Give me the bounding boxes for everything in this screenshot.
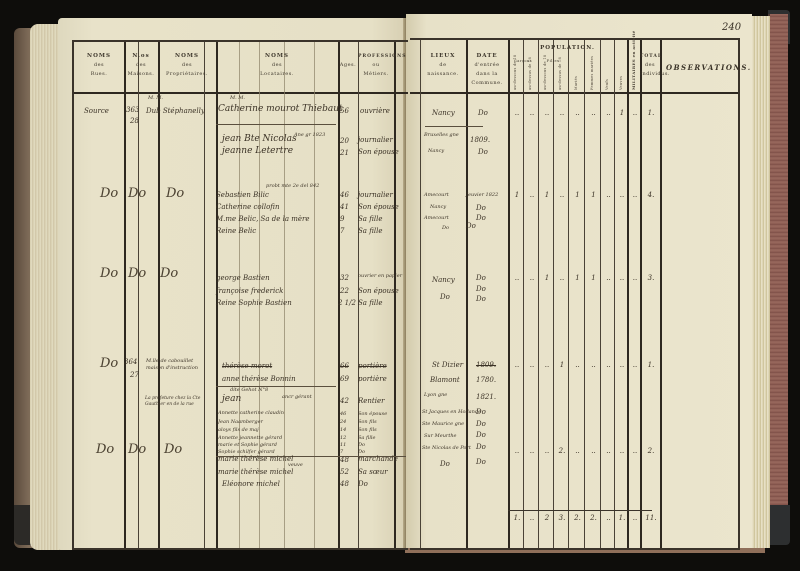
- header-line: DATE: [466, 52, 508, 61]
- locataire-name: M.me Belic, Sa de la mère: [216, 215, 309, 223]
- locataire-profession: Son épouse: [358, 287, 399, 295]
- maison-number: 364: [124, 358, 137, 366]
- header-maries: Mariés: [574, 62, 578, 90]
- col-divider: [158, 42, 160, 548]
- lieu-naissance: Do: [440, 293, 450, 301]
- header-observations: OBSERVATIONS.: [666, 63, 752, 72]
- count-cell: ..: [555, 191, 569, 199]
- locataire-name: jean: [222, 394, 241, 404]
- col-divider: [314, 42, 315, 548]
- count-cell: 1: [570, 274, 585, 282]
- locataire-age: 32: [340, 274, 349, 282]
- locataire-name: Sebastien Bilic: [216, 191, 269, 199]
- header-locataires: NOMS des Locataires.: [216, 52, 338, 79]
- count-cell: ..: [540, 109, 554, 117]
- count-cell: ..: [586, 109, 601, 117]
- proprietaire-ditto: Do: [166, 186, 184, 201]
- date-entree: 1821.: [476, 393, 496, 401]
- maison-ditto: Do: [128, 186, 146, 201]
- entry-underline: [216, 124, 336, 125]
- total-cell: 3.: [642, 274, 660, 282]
- locataire-age: 7: [340, 449, 343, 455]
- lieu-naissance: Amecourt: [424, 215, 449, 221]
- count-cell: ..: [555, 109, 569, 117]
- locataire-age: 48: [340, 456, 349, 464]
- locataire-profession: portière: [358, 375, 387, 383]
- header-line: des: [640, 61, 660, 70]
- total-count-cell: 2.: [570, 514, 585, 522]
- date-entree: 1780.: [476, 376, 496, 384]
- rue-ditto: Do: [100, 186, 118, 201]
- header-line: des: [216, 61, 338, 70]
- locataire-profession: Do: [358, 442, 365, 448]
- header-rues: NOMS des Rues.: [74, 52, 124, 79]
- locataire-name: Annette jeannette gérard: [218, 435, 282, 441]
- count-cell: ..: [616, 447, 628, 455]
- locataire-name-struck: thérèse morot: [222, 362, 272, 370]
- locataire-profession: ouvrière: [360, 107, 390, 115]
- lieu-naissance: Ste Nicolas de Port: [422, 445, 471, 451]
- locataire-name: anne thérèse Bonnin: [222, 375, 296, 383]
- header-line: LIEUX: [420, 52, 466, 61]
- header-total: TOTAL des Individus.: [640, 52, 660, 79]
- locataire-profession: Son épouse: [358, 203, 399, 211]
- count-cell: ..: [570, 109, 585, 117]
- ledger-book: 240 NOMS des Rues. N.os des Maisons. NOM…: [0, 0, 800, 571]
- header-ages: Ages.: [338, 61, 358, 70]
- date-entree: Do: [478, 148, 488, 156]
- maison-ditto: Do: [128, 442, 146, 457]
- count-cell: ..: [602, 361, 615, 369]
- locataire-extra: ancr gérant: [282, 394, 312, 400]
- count-cell: ..: [525, 191, 539, 199]
- date-entree: Do: [476, 285, 486, 293]
- total-count-cell: 1.: [616, 514, 628, 522]
- locataire-name: marie et Sophie gérard: [218, 442, 277, 448]
- total-count-cell: ..: [629, 514, 641, 522]
- date-entree: Do: [476, 431, 486, 439]
- totals-rule: [508, 510, 652, 511]
- locataire-age: 66: [340, 362, 349, 370]
- locataire-profession: Rentier: [358, 397, 384, 405]
- locataire-age: 21: [340, 149, 349, 157]
- header-filles-under: au-dessous de 18: [543, 66, 547, 90]
- date-entree: Do: [476, 408, 486, 416]
- count-cell: ..: [629, 361, 641, 369]
- total-cell: 1.: [642, 109, 660, 117]
- lieu-naissance: Nancy: [430, 204, 446, 210]
- lieu-naissance: Nancy: [432, 109, 455, 117]
- locataire-name: Reine Sophie Bastien: [216, 299, 292, 307]
- count-cell: 1: [586, 274, 601, 282]
- locataire-name: aloys fils de maj: [218, 427, 259, 433]
- header-veufs: Veufs: [605, 62, 609, 90]
- date-entree: 1809.: [476, 361, 496, 369]
- right-cover: [768, 14, 788, 544]
- header-maisons: N.os des Maisons.: [124, 52, 158, 79]
- mm-label: M. M.: [148, 95, 163, 101]
- locataire-profession: Sa sœur: [358, 468, 388, 476]
- count-cell: ..: [616, 361, 628, 369]
- lieu-naissance: Lyon gne: [424, 392, 447, 398]
- locataire-profession: Sa fille: [358, 299, 382, 307]
- lieu-naissance: St Jacques en Hollande: [422, 409, 481, 415]
- count-cell: ..: [570, 361, 585, 369]
- locataire-name: marie thérèse michel: [218, 455, 293, 463]
- locataire-name: Eléonore michel: [222, 480, 280, 488]
- locataire-name: Reine Belic: [216, 227, 256, 235]
- count-cell: 1: [510, 191, 524, 199]
- total-count-cell: 2: [540, 514, 554, 522]
- lieu-naissance: Do: [440, 460, 450, 468]
- maison-number: 363: [126, 106, 139, 114]
- count-cell: 1: [586, 191, 601, 199]
- count-cell: ..: [629, 274, 641, 282]
- header-line: NOMS: [74, 52, 124, 61]
- count-cell: ..: [555, 274, 569, 282]
- count-cell: 1: [616, 109, 628, 117]
- count-cell: ..: [602, 109, 615, 117]
- header-line: dans la Commune.: [466, 70, 508, 88]
- locataire-age: 12: [340, 435, 346, 441]
- total-count-cell: ..: [602, 514, 615, 522]
- locataire-profession: ouvrier en papier: [358, 273, 402, 279]
- locataire-age: 2 1/2: [338, 299, 356, 307]
- header-line: Rues.: [74, 70, 124, 79]
- locataire-profession: Son épouse: [358, 411, 387, 417]
- header-line: NOMS: [216, 52, 338, 61]
- locataire-profession: Sa fille: [358, 435, 376, 441]
- date-entree: Do: [476, 443, 486, 451]
- count-cell: ..: [602, 274, 615, 282]
- date-entree: Jeuvier 1822: [466, 192, 498, 198]
- locataire-profession: Sa fille: [358, 227, 382, 235]
- locataire-profession: journalier: [358, 191, 393, 199]
- maison-sub: 28: [130, 117, 139, 125]
- date-entree: Do: [476, 420, 486, 428]
- proprietaire-note: La préfeture chez la Cte Gauthier en de …: [145, 396, 210, 408]
- count-cell: ..: [510, 361, 524, 369]
- header-veuves: Veuves: [619, 62, 623, 90]
- locataire-age: 56: [340, 107, 349, 115]
- locataire-profession: Son fils: [358, 427, 377, 433]
- count-cell: 1: [540, 191, 554, 199]
- count-cell: ..: [540, 361, 554, 369]
- proprietaire-name: Dub Stéphanelly: [146, 107, 205, 115]
- locataire-profession: Do: [358, 480, 368, 488]
- count-cell: ..: [570, 447, 585, 455]
- header-garcons-over: au-dessus de 18: [528, 66, 532, 90]
- lieu-naissance: Bruxelles gne: [424, 132, 459, 138]
- locataire-note: probt mte 2e del 842: [266, 183, 319, 189]
- count-cell: ..: [602, 447, 615, 455]
- count-cell: ..: [525, 274, 539, 282]
- count-cell: ..: [510, 447, 524, 455]
- total-count-cell: 1.: [510, 514, 524, 522]
- count-cell: ..: [586, 447, 601, 455]
- locataire-profession: Son épouse: [358, 148, 399, 156]
- rue-ditto: Do: [100, 356, 118, 371]
- header-garcons-under: au-dessous de 18: [513, 66, 517, 90]
- locataire-name: Catherine mourot Thiebaut: [218, 104, 343, 114]
- col-divider: [204, 42, 205, 548]
- locataire-name: george Bastien: [216, 274, 270, 282]
- col-divider: [466, 40, 468, 548]
- date-entree: Do: [466, 222, 476, 230]
- lieu-naissance: Do: [442, 225, 449, 231]
- lieu-naissance: Nancy: [432, 276, 455, 284]
- count-cell: ..: [616, 191, 628, 199]
- locataire-age: 7: [340, 227, 344, 235]
- date-entree: Do: [476, 274, 486, 282]
- locataire-age: 69: [340, 375, 349, 383]
- header-line: Individus.: [640, 70, 660, 79]
- folio-number: 240: [722, 22, 741, 33]
- count-cell: ..: [602, 191, 615, 199]
- header-line: de: [420, 61, 466, 70]
- date-entree: Do: [478, 109, 488, 117]
- count-cell: ..: [629, 447, 641, 455]
- locataire-age: 22: [340, 287, 349, 295]
- header-filles-over: au-dessus de 18: [558, 66, 562, 90]
- header-line: Métiers.: [358, 70, 394, 79]
- locataire-profession: Sa fille: [358, 215, 382, 223]
- header-line: des: [124, 61, 158, 70]
- col-divider: [124, 42, 126, 548]
- col-divider: [394, 42, 396, 548]
- grand-total-cell: 11.: [642, 514, 660, 522]
- header-line: Propriétaires.: [158, 70, 216, 79]
- rue-ditto: Do: [96, 442, 114, 457]
- locataire-note: Ane gr 1823: [294, 132, 325, 138]
- locataire-age: 48: [340, 480, 349, 488]
- locataire-name: jeanne Letertre: [222, 146, 293, 156]
- count-cell: ..: [525, 447, 539, 455]
- locataire-age: 9: [340, 215, 344, 223]
- locataire-name: Jean Naamberger: [218, 419, 263, 425]
- locataire-profession: Son fils: [358, 419, 377, 425]
- header-line: Maisons.: [124, 70, 158, 79]
- locataire-profession: journalier: [358, 136, 393, 144]
- locataire-name: Annette catherine claudin: [218, 410, 284, 416]
- count-cell: 1: [540, 274, 554, 282]
- lieu-naissance: Sur Meurthe: [424, 433, 457, 439]
- header-line: Locataires.: [216, 70, 338, 79]
- col-divider: [660, 40, 662, 548]
- locataire-name: françoise frederick: [216, 287, 283, 295]
- locataire-age: 46: [340, 191, 349, 199]
- header-line: NOMS: [158, 52, 216, 61]
- locataire-age: 46: [340, 411, 346, 417]
- header-line: Ages.: [338, 61, 358, 70]
- count-cell: ..: [510, 274, 524, 282]
- lieu-naissance: Blamont: [430, 376, 460, 384]
- entry-underline: [425, 126, 483, 127]
- lieu-naissance: Ste Maurice gne: [422, 421, 464, 427]
- count-cell: 1: [555, 361, 569, 369]
- header-proprietaires: NOMS des Propriétaires.: [158, 52, 216, 79]
- locataire-name: Catherine collofin: [216, 203, 279, 211]
- count-cell: ..: [525, 361, 539, 369]
- locataire-profession: portière: [358, 362, 387, 370]
- count-cell: ..: [629, 109, 641, 117]
- rue-name: Source: [84, 107, 109, 115]
- locataire-note: veuve: [288, 462, 303, 468]
- locataire-age: 24: [340, 419, 346, 425]
- header-line: PROFESSIONS: [358, 52, 394, 61]
- header-line: POPULATION.: [508, 44, 627, 53]
- count-cell: ..: [629, 191, 641, 199]
- maison-sub: 27: [130, 371, 139, 379]
- header-population: POPULATION.: [508, 44, 627, 53]
- header-femmes-mariees: Femmes mariées: [590, 62, 594, 90]
- count-cell: ..: [510, 109, 524, 117]
- header-professions: PROFESSIONS ou Métiers.: [358, 52, 394, 79]
- count-cell: 1: [570, 191, 585, 199]
- header-rule: [410, 92, 738, 94]
- date-entree: 1809.: [470, 136, 490, 144]
- lieu-naissance: Amecourt: [424, 192, 449, 198]
- maison-ditto: Do: [128, 266, 146, 281]
- locataire-age: 41: [340, 203, 349, 211]
- locataire-age: 20: [340, 137, 349, 145]
- header-line: des: [158, 61, 216, 70]
- date-entree: Do: [476, 458, 486, 466]
- date-entree: Do: [476, 204, 486, 212]
- mm-label: M. M.: [230, 95, 245, 101]
- header-line: des: [74, 61, 124, 70]
- locataire-name: jean Bte Nicolas: [222, 134, 297, 144]
- header-date: DATE d'entrée dans la Commune.: [466, 52, 508, 88]
- total-count-cell: 2.: [586, 514, 601, 522]
- locataire-name: marie thérèse michel: [218, 468, 293, 476]
- right-cover-corner-bottom: [768, 505, 790, 545]
- count-cell: ..: [525, 109, 539, 117]
- total-count-cell: 3.: [555, 514, 569, 522]
- date-entree: Do: [476, 295, 486, 303]
- locataire-age: 52: [340, 468, 349, 476]
- locataire-age: 11: [340, 442, 346, 448]
- total-cell: 4.: [642, 191, 660, 199]
- count-cell: ..: [540, 447, 554, 455]
- header-line: ou: [358, 61, 394, 70]
- count-cell: 2.: [555, 447, 569, 455]
- proprietaire-name: M.lle de cabouillet maison d'instruction: [146, 358, 208, 372]
- locataire-age: 14: [340, 427, 346, 433]
- header-militaires: MILITAIRES en activité: [631, 46, 636, 90]
- proprietaire-ditto: Do: [160, 266, 178, 281]
- locataire-age: 42: [340, 397, 349, 405]
- count-cell: ..: [616, 274, 628, 282]
- total-count-cell: ..: [525, 514, 539, 522]
- header-line: TOTAL: [640, 52, 660, 61]
- locataire-profession: marchande: [358, 455, 398, 463]
- proprietaire-ditto: Do: [164, 442, 182, 457]
- header-line: d'entrée: [466, 61, 508, 70]
- col-divider: [420, 40, 421, 548]
- locataire-note: dite Gehot N°8: [230, 387, 268, 393]
- date-entree: Do: [476, 214, 486, 222]
- header-line: naissance.: [420, 70, 466, 79]
- header-lieux: LIEUX de naissance.: [420, 52, 466, 79]
- count-cell: ..: [586, 361, 601, 369]
- lieu-naissance: St Dizier: [432, 361, 463, 369]
- rue-ditto: Do: [100, 266, 118, 281]
- total-cell: 1.: [642, 361, 660, 369]
- lieu-naissance: Nancy: [428, 148, 444, 154]
- total-cell: 2.: [642, 447, 660, 455]
- header-line: N.os: [124, 52, 158, 61]
